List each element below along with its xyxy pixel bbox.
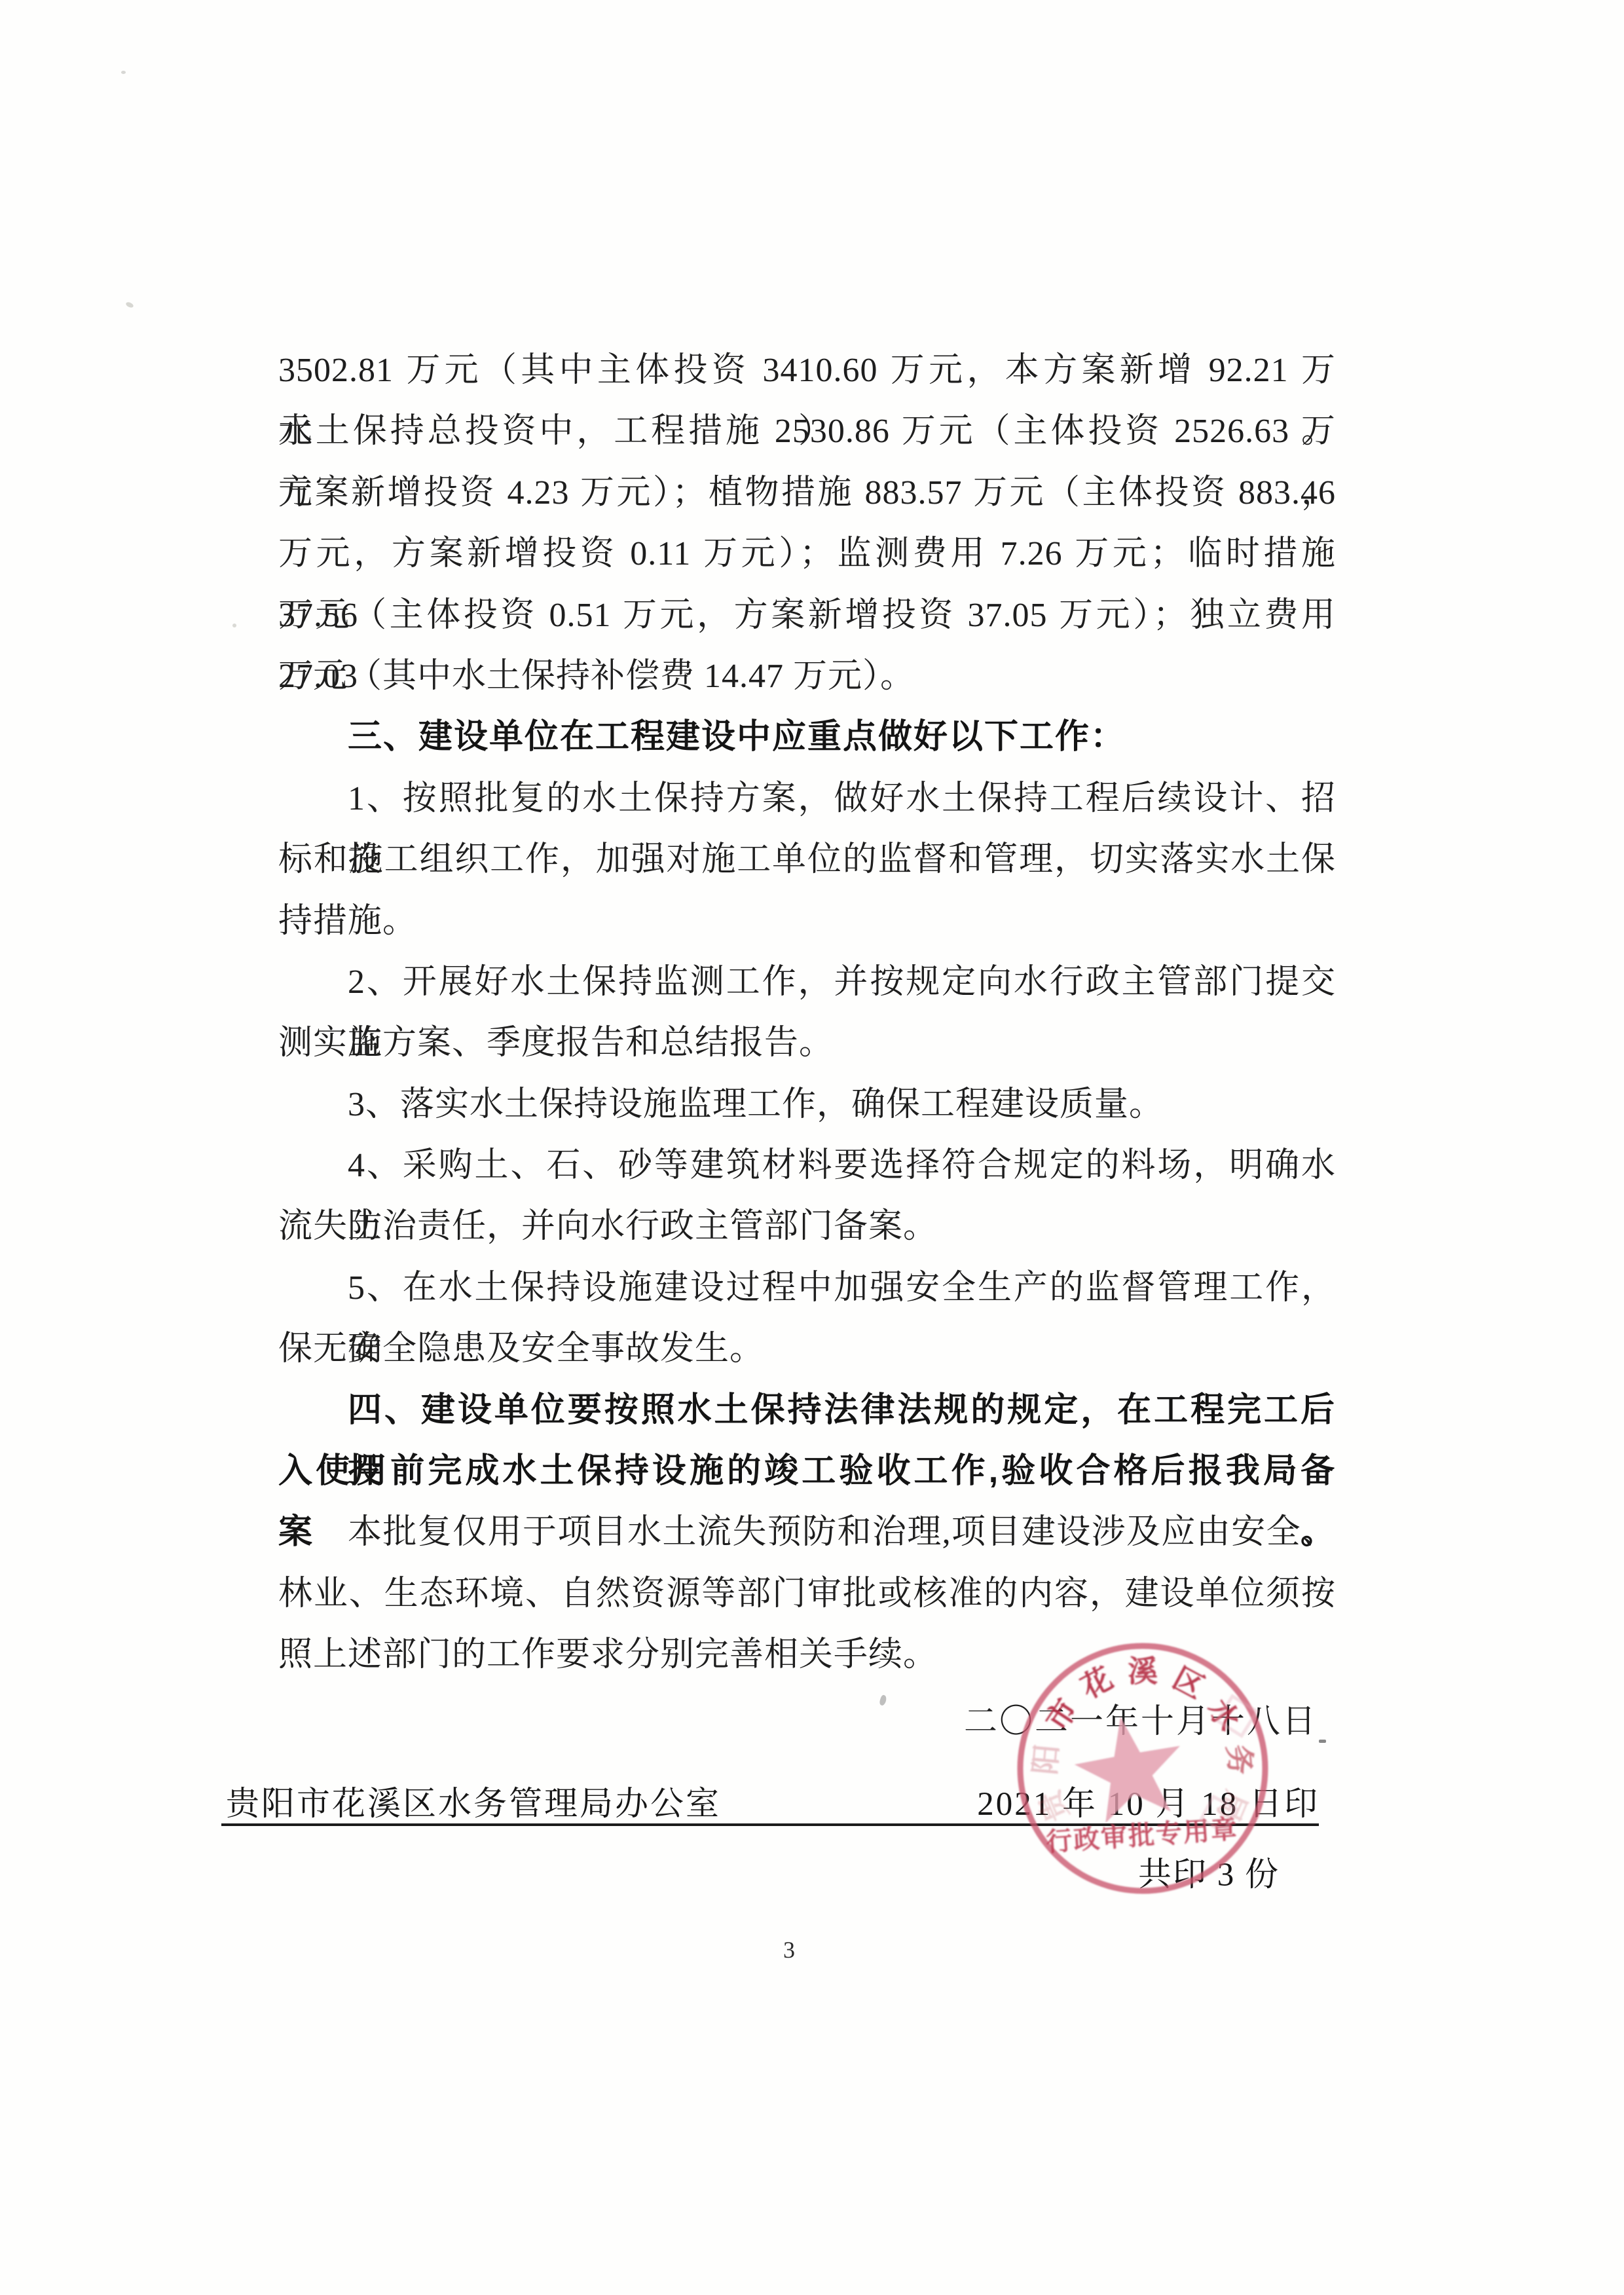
body-line: 保无安全隐患及安全事故发生。: [278, 1318, 1336, 1379]
body-line: 入使用前完成水土保持设施的竣工验收工作,验收合格后报我局备案。: [278, 1441, 1336, 1502]
footer-row: 贵阳市花溪区水务管理局办公室 2021 年 10 月 18 日印: [226, 1785, 1319, 1824]
body-line: 2、开展好水土保持监测工作，并按规定向水行政主管部门提交监: [278, 952, 1336, 1013]
footer-rule: [221, 1823, 1319, 1826]
print-date: 2021 年 10 月 18 日印: [977, 1785, 1319, 1824]
scan-speck: [121, 71, 126, 74]
body-line: 持措施。: [278, 891, 1336, 952]
body-line: 万元，方案新增投资 0.11 万元）；监测费用 7.26 万元；临时措施 37.…: [278, 523, 1336, 584]
body-line: 标和施工组织工作，加强对施工单位的监督和管理，切实落实水土保: [278, 829, 1336, 890]
body-line: 流失防治责任，并向水行政主管部门备案。: [278, 1196, 1336, 1257]
body-line: 方案新增投资 4.23 万元）；植物措施 883.57 万元（主体投资 883.…: [278, 462, 1336, 523]
scan-speck: [232, 624, 236, 627]
body-line: 本批复仅用于项目水土流失预防和治理,项目建设涉及应由安全、: [278, 1502, 1336, 1563]
body-line: 万元（其中水土保持补偿费 14.47 万元）。: [278, 646, 1336, 707]
body-line: 4、采购土、石、砂等建筑材料要选择符合规定的料场，明确水土: [278, 1135, 1336, 1196]
body-line: 万元（主体投资 0.51 万元，方案新增投资 37.05 万元）；独立费用 27…: [278, 585, 1336, 646]
copies-count: 共印 3 份: [1138, 1856, 1280, 1894]
body-line: 照上述部门的工作要求分别完善相关手续。: [278, 1624, 1336, 1685]
body-line: 水土保持总投资中，工程措施 2530.86 万元（主体投资 2526.63 万元…: [278, 401, 1336, 462]
body-line: 测实施方案、季度报告和总结报告。: [278, 1013, 1336, 1073]
body-line: 3、落实水土保持设施监理工作，确保工程建设质量。: [278, 1074, 1336, 1135]
page-number: 3: [783, 1936, 795, 1964]
issue-date: 二〇二一年十月十八日: [278, 1702, 1318, 1742]
issuing-office: 贵阳市花溪区水务管理局办公室: [226, 1785, 721, 1824]
body-line: 1、按照批复的水土保持方案，做好水土保持工程后续设计、招投: [278, 768, 1336, 829]
scan-speck: [125, 301, 134, 308]
body-line: 三、建设单位在工程建设中应重点做好以下工作：: [278, 707, 1336, 768]
document-page: 3502.81 万元（其中主体投资 3410.60 万元，本方案新增 92.21…: [0, 0, 1624, 2295]
seal-arc-char: 阳: [1028, 1743, 1064, 1776]
body-lines: 3502.81 万元（其中主体投资 3410.60 万元，本方案新增 92.21…: [278, 340, 1336, 1686]
body-line: 四、建设单位要按照水土保持法律法规的规定，在工程完工后投: [278, 1380, 1336, 1441]
body-line: 5、在水土保持设施建设过程中加强安全生产的监督管理工作，确: [278, 1258, 1336, 1318]
scan-speck: [1319, 1740, 1326, 1743]
body-line: 林业、生态环境、自然资源等部门审批或核准的内容，建设单位须按: [278, 1563, 1336, 1624]
seal-arc-char: 务: [1221, 1743, 1257, 1776]
body-line: 3502.81 万元（其中主体投资 3410.60 万元，本方案新增 92.21…: [278, 340, 1336, 401]
